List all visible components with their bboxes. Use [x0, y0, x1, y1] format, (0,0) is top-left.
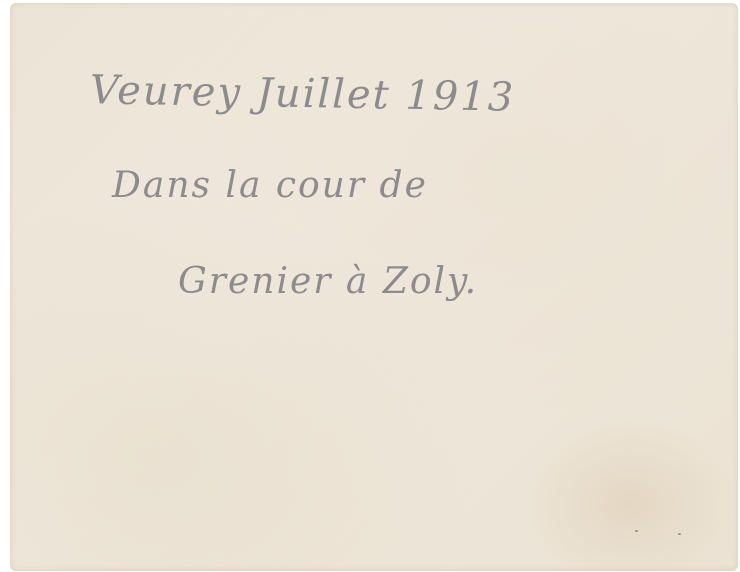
- photo-card-back: Veurey Juillet 1913 Dans la cour de Gren…: [10, 3, 738, 571]
- paper-speck: [635, 530, 638, 532]
- paper-speck: [678, 533, 681, 535]
- handwriting-line-1: Veurey Juillet 1913: [90, 67, 516, 120]
- handwriting-line-3: Grenier à Zoly.: [178, 261, 478, 302]
- handwriting-line-2: Dans la cour de: [112, 165, 428, 206]
